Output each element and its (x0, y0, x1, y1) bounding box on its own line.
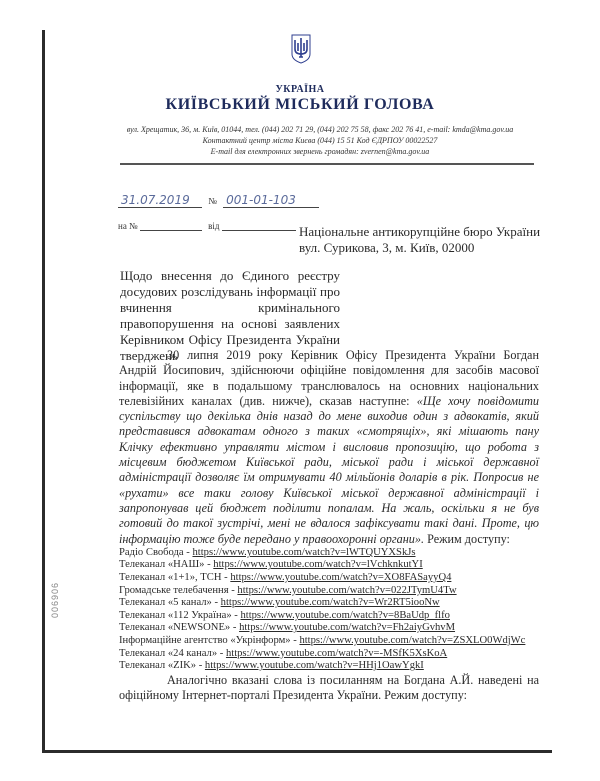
source-name: Телеканал «5 канал» (119, 597, 212, 608)
reference-number-blank (140, 220, 202, 231)
source-url-link[interactable]: https://www.youtube.com/watch?v=ZSXLO0Wd… (299, 635, 525, 646)
contact-email-line: E-mail для електронних звернень громадян… (100, 146, 540, 157)
source-link-item: Радіо Свобода - https://www.youtube.com/… (119, 547, 539, 560)
reference-date-blank (222, 220, 296, 231)
source-url-link[interactable]: https://www.youtube.com/watch?v=lWTQUYXS… (192, 547, 415, 558)
link-separator: - (222, 572, 231, 583)
contact-center-line: Контактний центр міста Києва (044) 15 51… (100, 135, 540, 146)
reference-number-label: на № (118, 221, 138, 231)
source-url-link[interactable]: https://www.youtube.com/watch?v=HHj1OawY… (205, 660, 424, 671)
source-url-link[interactable]: https://www.youtube.com/watch?v=-MSfK5Xs… (226, 648, 447, 659)
organization-title: КИЇВСЬКИЙ МІСЬКИЙ ГОЛОВА (0, 96, 600, 114)
source-name: Телеканал «НАШ» (119, 559, 204, 570)
source-url-link[interactable]: https://www.youtube.com/watch?v=8BaUdp_f… (240, 610, 449, 621)
registration-number-label: № (208, 196, 217, 206)
source-link-item: Телеканал «НАШ» - https://www.youtube.co… (119, 559, 539, 572)
recipient-name: Національне антикорупційне бюро України (299, 224, 540, 240)
access-label: Режим доступу: (424, 532, 510, 546)
link-separator: - (212, 597, 221, 608)
source-links-list: Радіо Свобода - https://www.youtube.com/… (119, 547, 539, 673)
quoted-statement: «Ще хочу повідомити суспільству що декіл… (119, 394, 539, 546)
link-separator: - (204, 559, 213, 570)
page-frame-bottom-border (42, 750, 552, 753)
source-name: Громадське телебачення (119, 585, 229, 596)
registration-line: 31.07.2019 № 001-01-103 (118, 193, 319, 208)
link-separator: - (230, 622, 239, 633)
link-separator: - (196, 660, 205, 671)
source-link-item: Телеканал «NEWSONE» - https://www.youtub… (119, 622, 539, 635)
contact-address-line: вул. Хрещатик, 36, м. Київ, 01044, тел. … (100, 124, 540, 135)
link-separator: - (217, 648, 226, 659)
source-name: Телеканал «112 Україна» (119, 610, 232, 621)
source-url-link[interactable]: https://www.youtube.com/watch?v=Wr2RT5io… (221, 597, 440, 608)
source-link-item: Телеканал «ZIK» - https://www.youtube.co… (119, 660, 539, 673)
source-link-item: Телеканал «24 канал» - https://www.youtu… (119, 648, 539, 661)
source-name: Телеканал «NEWSONE» (119, 622, 230, 633)
source-url-link[interactable]: https://www.youtube.com/watch?v=Fh2aiyGv… (239, 622, 455, 633)
source-url-link[interactable]: https://www.youtube.com/watch?v=XO8FASay… (230, 572, 451, 583)
recipient-address: вул. Сурикова, 3, м. Київ, 02000 (299, 240, 540, 256)
registration-number: 001-01-103 (223, 193, 319, 208)
page-frame-left-border (42, 30, 45, 753)
letterhead-contacts: вул. Хрещатик, 36, м. Київ, 01044, тел. … (100, 124, 540, 157)
closing-paragraph: Аналогічно вказані слова із посиланням н… (119, 673, 539, 704)
registration-date: 31.07.2019 (118, 193, 202, 208)
letterhead-separator (120, 163, 534, 165)
source-name: Телеканал «1+1», ТСН (119, 572, 222, 583)
side-stamp-number: 006906 (50, 582, 64, 618)
source-link-item: Інформаційне агентство «Укрінформ» - htt… (119, 635, 539, 648)
source-link-item: Телеканал «1+1», ТСН - https://www.youtu… (119, 572, 539, 585)
source-url-link[interactable]: https://www.youtube.com/watch?v=022JTymU… (237, 585, 456, 596)
trident-coat-of-arms-icon (291, 34, 311, 64)
source-url-link[interactable]: https://www.youtube.com/watch?v=lVchknku… (213, 559, 422, 570)
source-link-item: Телеканал «5 канал» - https://www.youtub… (119, 597, 539, 610)
source-name: Телеканал «ZIK» (119, 660, 196, 671)
source-link-item: Громадське телебачення - https://www.you… (119, 585, 539, 598)
source-name: Радіо Свобода (119, 547, 184, 558)
country-name: УКРАЇНА (0, 84, 600, 95)
source-name: Телеканал «24 канал» (119, 648, 217, 659)
reference-date-label: від (208, 221, 219, 231)
source-link-item: Телеканал «112 Україна» - https://www.yo… (119, 610, 539, 623)
source-name: Інформаційне агентство «Укрінформ» (119, 635, 291, 646)
reference-line: на № від (118, 220, 296, 231)
intro-paragraph: 30 липня 2019 року Керівник Офісу Презид… (119, 348, 539, 547)
letter-body: 30 липня 2019 року Керівник Офісу Презид… (119, 348, 539, 703)
recipient-block: Національне антикорупційне бюро України … (299, 224, 540, 256)
